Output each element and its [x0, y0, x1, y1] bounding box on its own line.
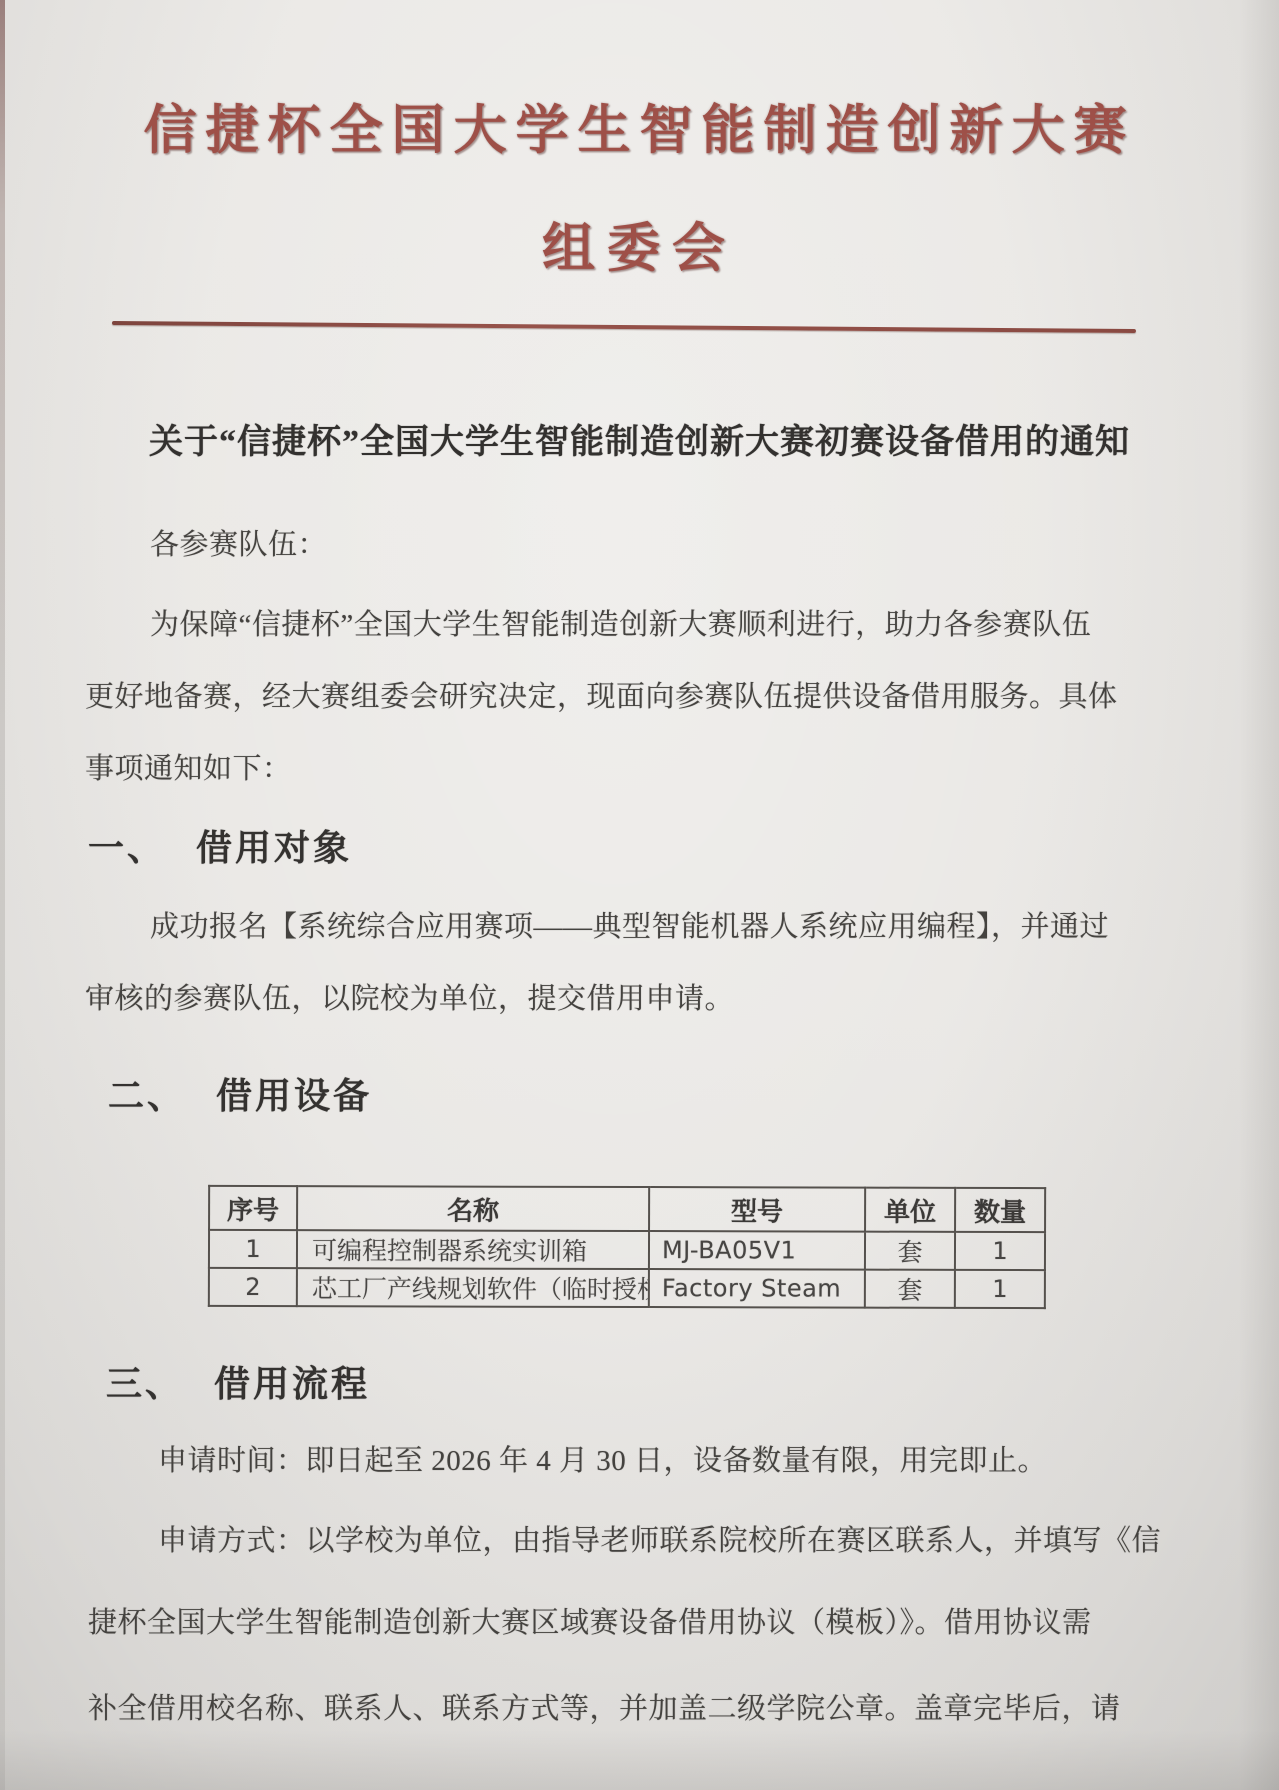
section3-number: 三、: [106, 1356, 184, 1407]
intro-line: 事项通知如下：: [85, 746, 292, 787]
intro-line: 为保障“信捷杯”全国大学生智能制造创新大赛顺利进行，助力各参赛队伍: [150, 602, 1091, 643]
intro-line: 更好地备赛，经大赛组委会研究决定，现面向参赛队伍提供设备借用服务。具体: [85, 674, 1118, 715]
table-header-qty: 数量: [955, 1188, 1045, 1232]
section1-heading: 一、 借用对象: [88, 820, 352, 871]
section3-title: 借用流程: [214, 1356, 370, 1407]
equipment-table: 序号 名称 型号 单位 数量 1 可编程控制器系统实训箱 MJ-BA05V1 套…: [208, 1185, 1046, 1309]
org-title-line1: 信捷杯全国大学生智能制造创新大赛: [0, 88, 1279, 164]
table-cell-model: MJ-BA05V1: [649, 1231, 865, 1270]
table-row: 2 芯工厂产线规划软件（临时授权） Factory Steam 套 1: [209, 1268, 1045, 1308]
table-cell-qty: 1: [955, 1270, 1045, 1308]
table-cell-index: 2: [209, 1268, 297, 1306]
document-page: 信捷杯全国大学生智能制造创新大赛 组委会 关于“信捷杯”全国大学生智能制造创新大…: [0, 0, 1279, 1790]
table-cell-index: 1: [209, 1230, 297, 1268]
section2-title: 借用设备: [216, 1068, 372, 1119]
section3-heading: 三、 借用流程: [106, 1356, 370, 1407]
table-cell-name: 可编程控制器系统实训箱: [297, 1230, 649, 1269]
table-header-unit: 单位: [865, 1188, 955, 1232]
salutation: 各参赛队伍：: [150, 522, 327, 563]
table-header-model: 型号: [649, 1187, 865, 1232]
apply-method-line: 补全借用校名称、联系人、联系方式等，并加盖二级学院公章。盖章完毕后，请: [88, 1686, 1121, 1727]
table-cell-model: Factory Steam: [649, 1269, 865, 1308]
section2-heading: 二、 借用设备: [108, 1068, 372, 1119]
section1-title: 借用对象: [196, 820, 352, 871]
apply-method-line: 申请方式：以学校为单位，由指导老师联系院校所在赛区联系人，并填写《信: [158, 1518, 1161, 1559]
table-cell-qty: 1: [955, 1232, 1045, 1270]
table-cell-unit: 套: [865, 1270, 955, 1308]
section1-line: 成功报名【系统综合应用赛项——典型智能机器人系统应用编程】，并通过: [150, 904, 1109, 945]
section2-number: 二、: [108, 1068, 186, 1119]
photo-bottom-edge-shadow: [0, 1730, 1279, 1790]
table-header-name: 名称: [297, 1186, 649, 1231]
org-title-line2: 组委会: [0, 206, 1279, 282]
table-cell-name: 芯工厂产线规划软件（临时授权）: [297, 1268, 649, 1307]
apply-time-line: 申请时间：即日起至 2026 年 4 月 30 日，设备数量有限，用完即止。: [158, 1438, 1047, 1479]
table-header-index: 序号: [209, 1186, 297, 1230]
table-header-row: 序号 名称 型号 单位 数量: [209, 1186, 1045, 1232]
apply-method-line: 捷杯全国大学生智能制造创新大赛区域赛设备借用协议（模板）》。借用协议需: [88, 1600, 1092, 1641]
table-cell-unit: 套: [865, 1232, 955, 1270]
section1-line: 审核的参赛队伍，以院校为单位，提交借用申请。: [85, 976, 734, 1017]
section1-number: 一、: [88, 820, 166, 871]
notice-title: 关于“信捷杯”全国大学生智能制造创新大赛初赛设备借用的通知: [0, 414, 1279, 463]
table-row: 1 可编程控制器系统实训箱 MJ-BA05V1 套 1: [209, 1230, 1045, 1270]
letterhead-divider: [112, 321, 1136, 333]
